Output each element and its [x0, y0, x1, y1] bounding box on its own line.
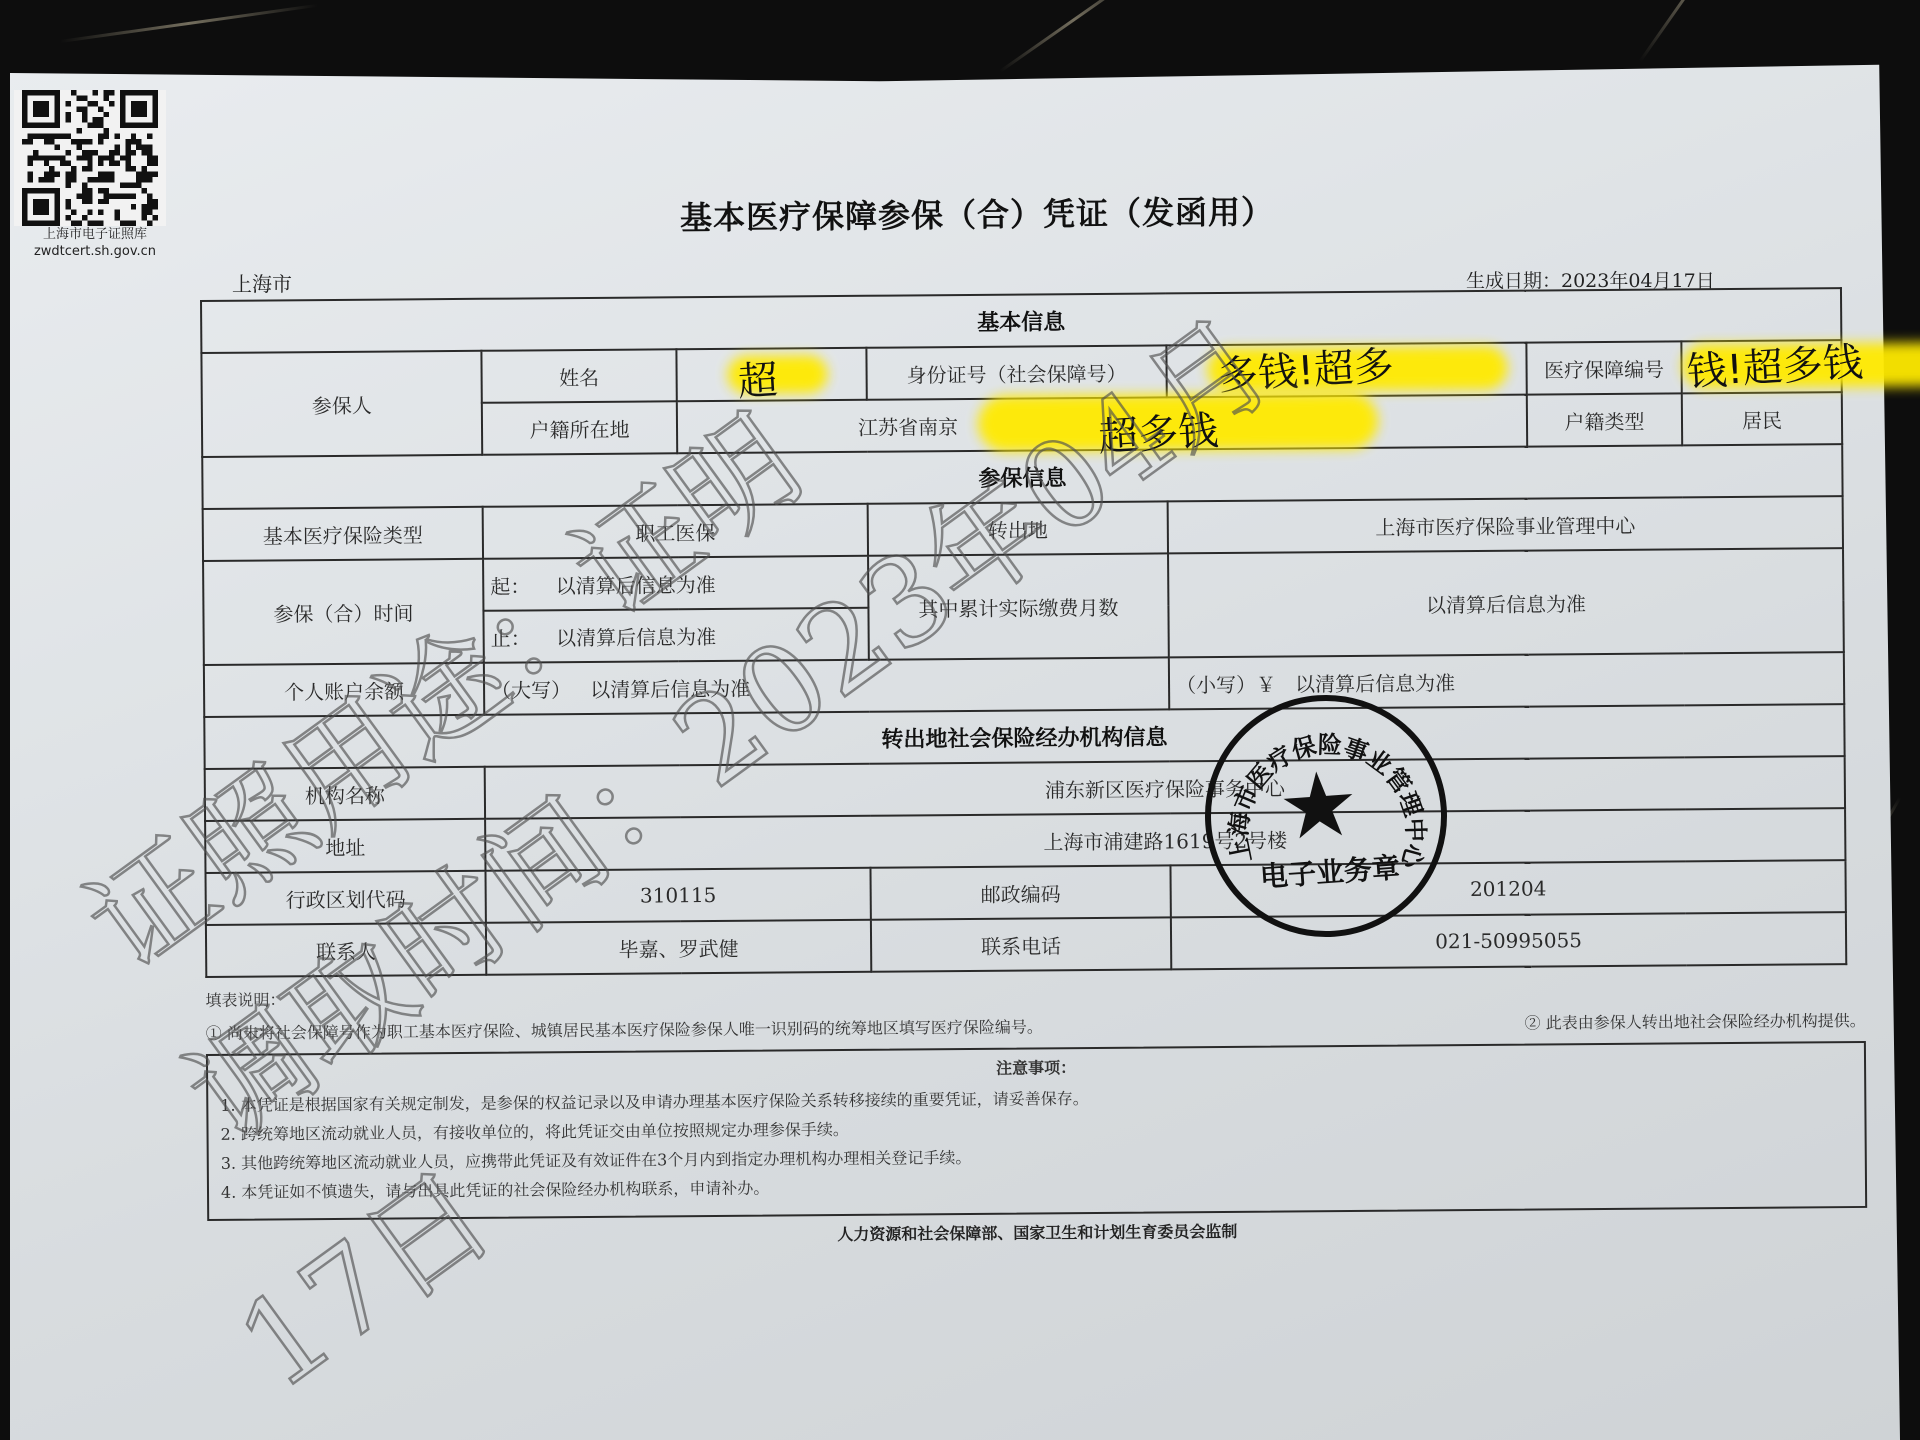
notice-heading: 注意事项：: [220, 1049, 1852, 1085]
fill-note-2: ② 此表由参保人转出地社会保险经办机构提供。: [1525, 1008, 1866, 1034]
hukou-value-text: 江苏省南京: [858, 415, 958, 440]
months-value: 以清算后信息为准: [1168, 548, 1844, 657]
balance-lower-label: （小写）￥: [1176, 672, 1276, 697]
document-title: 基本医疗保障参保（合）凭证（发函用）: [680, 187, 1274, 239]
star-icon: ★: [1275, 759, 1362, 854]
qr-code[interactable]: [14, 90, 166, 226]
insurance-type-label: 基本医疗保险类型: [203, 507, 483, 561]
balance-lower: （小写）￥ 以清算后信息为准: [1169, 652, 1844, 709]
official-seal: 上海市医疗保险事业管理中心 ★ 电子业务章: [1197, 687, 1455, 945]
phone-label: 联系电话: [871, 917, 1171, 971]
medical-number-scrawl: 钱!超多钱: [1685, 330, 1864, 397]
medical-number-label: 医疗保障编号: [1526, 341, 1681, 394]
postcode-label: 邮政编码: [870, 865, 1170, 919]
name-label: 姓名: [481, 349, 676, 403]
balance-lower-value: 以清算后信息为准: [1295, 671, 1455, 696]
qr-caption-title: 上海市电子证照库: [30, 226, 160, 243]
transfer-from-value: 上海市医疗保险事业管理中心: [1168, 496, 1843, 553]
hukou-type-value: 居民: [1682, 392, 1842, 445]
insured-label: 参保人: [201, 351, 482, 457]
qr-caption: 上海市电子证照库 zwdtcert.sh.gov.cn: [30, 226, 160, 260]
medical-number-value-redacted: 钱!超多钱: [1681, 340, 1841, 393]
hukou-type-label: 户籍类型: [1527, 393, 1682, 446]
qr-caption-url: zwdtcert.sh.gov.cn: [30, 243, 160, 260]
issuing-city: 上海市: [232, 268, 292, 297]
